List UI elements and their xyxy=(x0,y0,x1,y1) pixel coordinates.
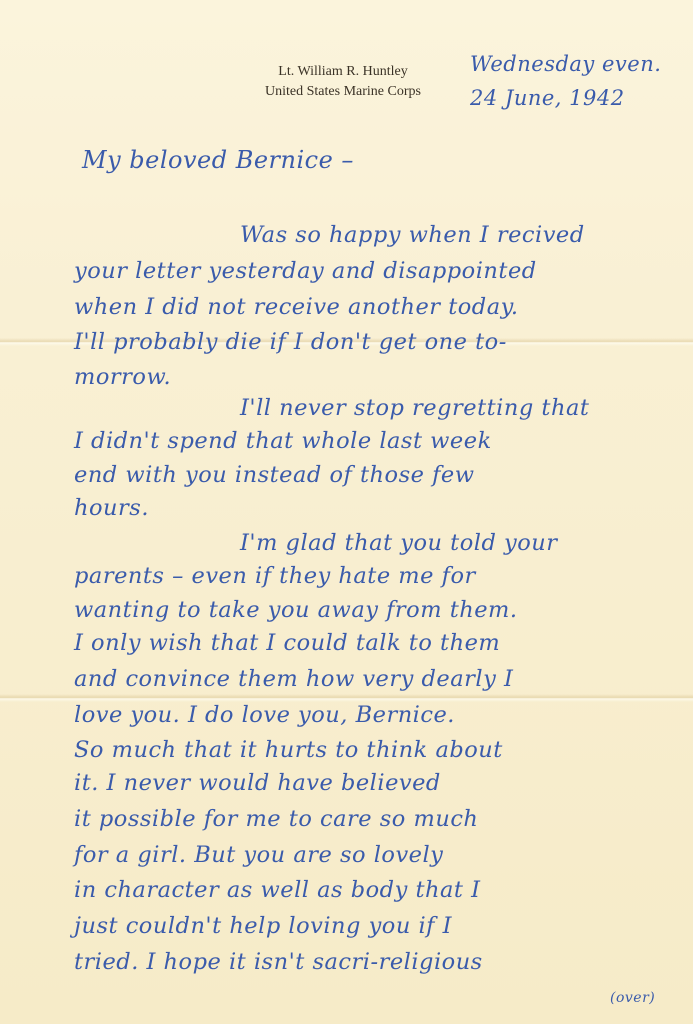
body-line: tried. I hope it isn't sacri-religious xyxy=(74,949,483,975)
body-line: Was so happy when I recived xyxy=(240,222,585,248)
body-line: it possible for me to care so much xyxy=(74,806,478,832)
letterhead: Lt. William R. Huntley United States Mar… xyxy=(258,62,428,102)
body-line: hours. xyxy=(74,495,149,521)
body-line: So much that it hurts to think about xyxy=(74,737,503,763)
fold-crease-lower xyxy=(0,694,693,702)
body-line: I'll probably die if I don't get one to- xyxy=(74,329,507,355)
body-line: I didn't spend that whole last week xyxy=(74,428,492,454)
body-line: when I did not receive another today. xyxy=(74,294,518,320)
body-line: I'm glad that you told your xyxy=(240,530,558,556)
body-line: parents – even if they hate me for xyxy=(74,563,476,589)
body-line: it. I never would have believed xyxy=(74,770,441,796)
continuation-note: (over) xyxy=(610,990,655,1006)
body-line: I only wish that I could talk to them xyxy=(74,630,500,656)
body-line: and convince them how very dearly I xyxy=(74,666,513,692)
salutation: My beloved Bernice – xyxy=(82,146,354,174)
body-line: morrow. xyxy=(74,364,171,390)
letterhead-name: Lt. William R. Huntley xyxy=(258,62,428,82)
letter-page: Lt. William R. Huntley United States Mar… xyxy=(0,0,693,1024)
body-line: love you. I do love you, Bernice. xyxy=(74,702,455,728)
body-line: your letter yesterday and disappointed xyxy=(74,258,537,284)
body-line: for a girl. But you are so lovely xyxy=(74,842,443,868)
body-line: wanting to take you away from them. xyxy=(74,597,518,623)
dateline-date: 24 June, 1942 xyxy=(470,86,625,110)
body-line: I'll never stop regretting that xyxy=(240,395,589,421)
body-line: in character as well as body that I xyxy=(74,877,480,903)
letterhead-organization: United States Marine Corps xyxy=(258,82,428,102)
dateline-day: Wednesday even. xyxy=(470,52,661,76)
body-line: end with you instead of those few xyxy=(74,462,474,488)
body-line: just couldn't help loving you if I xyxy=(74,913,452,939)
